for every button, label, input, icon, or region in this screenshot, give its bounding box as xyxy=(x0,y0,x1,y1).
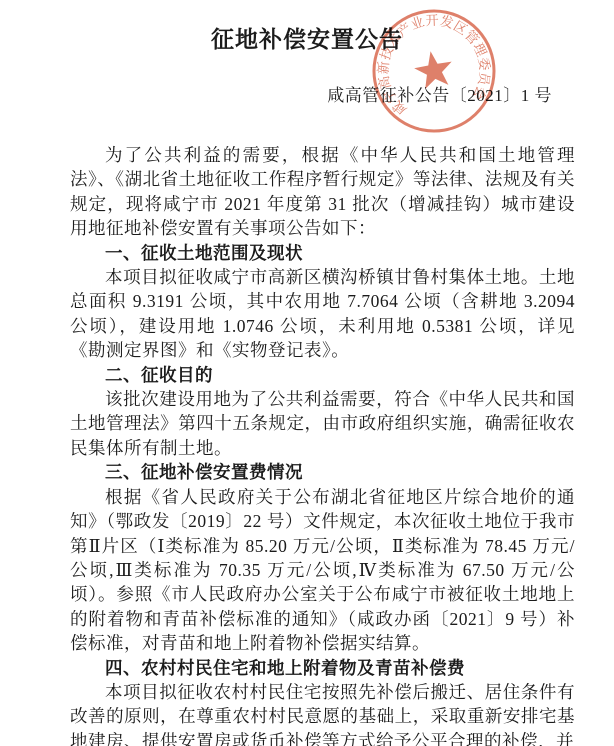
section-2-paragraph: 该批次建设用地为了公共利益需要，符合《中华人民共和国土地管理法》第四十五条规定，… xyxy=(70,387,575,460)
section-4-heading: 四、农村村民住宅和地上附着物及青苗补偿费 xyxy=(70,656,575,680)
section-3-paragraph: 根据《省人民政府关于公布湖北省征地区片综合地价的通知》（鄂政发〔2019〕22 … xyxy=(70,485,575,656)
section-3-heading: 三、征地补偿安置费情况 xyxy=(70,460,575,484)
section-2-heading: 二、征收目的 xyxy=(70,363,575,387)
page-title: 征地补偿安置公告 xyxy=(0,0,614,54)
section-1-heading: 一、征收土地范围及现状 xyxy=(70,241,575,265)
intro-paragraph: 为了公共利益的需要，根据《中华人民共和国土地管理法》、《湖北省土地征收工作程序暂… xyxy=(70,143,575,241)
doc-number: 咸高管征补公告〔2021〕1 号 xyxy=(0,81,614,106)
section-1-paragraph: 本项目拟征收咸宁市高新区横沟桥镇甘鲁村集体土地。土地总面积 9.3191 公顷，… xyxy=(70,265,575,363)
announcement-page: 征地补偿安置公告 咸高管征补公告〔2021〕1 号 为了公共利益的需要，根据《中… xyxy=(0,0,614,746)
section-4-paragraph: 本项目拟征收农村村民住宅按照先补偿后搬迁、居住条件有改善的原则，在尊重农村村民意… xyxy=(70,680,575,746)
document-body: 为了公共利益的需要，根据《中华人民共和国土地管理法》、《湖北省土地征收工作程序暂… xyxy=(70,143,575,746)
